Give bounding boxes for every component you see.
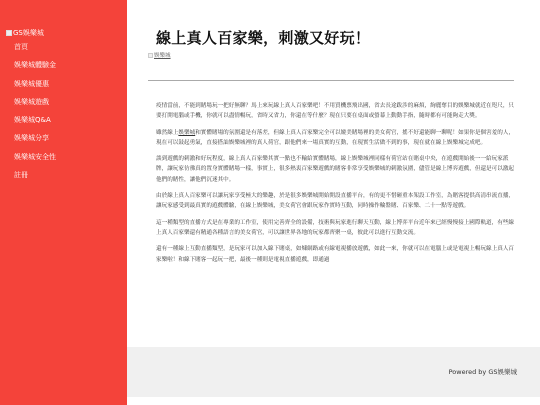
divider <box>148 80 514 81</box>
nav-item-security[interactable]: 娛樂城安全性 <box>14 152 56 170</box>
nav-item-share[interactable]: 娛樂城分享 <box>14 133 56 151</box>
paragraph-2-text: 和實體賭場的氛圍還是有落差，但線上真人百家樂完全可以媲美賭場裡的美女荷官，搖不好… <box>156 130 514 146</box>
paragraph-3: 談到遊戲的刺激和好玩程度，線上真人百家樂其實一點也不輸給實體賭場，線上娛樂城裡同… <box>156 154 516 185</box>
paragraph-2-prefix: 雖然線上 <box>156 130 178 136</box>
footer: Powered by GS娛樂城 <box>127 347 540 397</box>
nav-item-home[interactable]: 首頁 <box>14 42 56 60</box>
article-image-link[interactable]: 娛樂城 <box>148 51 171 59</box>
sidebar-nav: 首頁 娛樂城體驗金 娛樂城優惠 娛樂城遊戲 娛樂城Q&A 娛樂城分享 娛樂城安全… <box>14 42 56 188</box>
paragraph-2: 雖然線上娛樂城和實體賭場的氛圍還是有落差，但線上真人百家樂完全可以媲美賭場裡的美… <box>156 128 516 149</box>
nav-item-games[interactable]: 娛樂城遊戲 <box>14 97 56 115</box>
article-body: 疫情當前，不能到賭場玩一把好無聊？馬上來玩線上真人百家樂吧！不用買機票飛出國，省… <box>156 101 516 271</box>
paragraph-4: 由於線上真人百家樂可以讓玩家享受極大的樂趣，於是很多娛樂城開始開設直播平台，有的… <box>156 191 516 212</box>
nav-item-bonus[interactable]: 娛樂城體驗金 <box>14 60 56 78</box>
paragraph-6: 還有一種線上互動直播類型，是玩家可以加入線下賭桌，如煉網路或有線電視播放遊戲，如… <box>156 244 516 265</box>
casino-link[interactable]: 娛樂城 <box>178 130 195 136</box>
image-alt-text: 娛樂城 <box>154 51 171 59</box>
nav-item-register[interactable]: 註冊 <box>14 170 56 188</box>
powered-by-text: Powered by GS娛樂城 <box>449 367 517 376</box>
site-logo[interactable]: GS娛樂城 <box>6 28 44 38</box>
nav-item-promotions[interactable]: 娛樂城優惠 <box>14 79 56 97</box>
page-title: 線上真人百家樂，刺激又好玩！ <box>156 27 370 48</box>
broken-image-icon <box>148 53 153 58</box>
sidebar: GS娛樂城 首頁 娛樂城體驗金 娛樂城優惠 娛樂城遊戲 娛樂城Q&A 娛樂城分享… <box>0 0 127 405</box>
nav-item-faq[interactable]: 娛樂城Q&A <box>14 115 56 133</box>
paragraph-1: 疫情當前，不能到賭場玩一把好無聊？馬上來玩線上真人百家樂吧！不用買機票飛出國，省… <box>156 101 516 122</box>
broken-image-icon <box>6 30 12 36</box>
main-content: 線上真人百家樂，刺激又好玩！ 娛樂城 疫情當前，不能到賭場玩一把好無聊？馬上來玩… <box>127 0 540 405</box>
logo-alt-text: GS娛樂城 <box>13 28 44 38</box>
paragraph-5: 這一種類型的直播方式是在專業的工作室，使用完善齊全的設備，技術與玩家進行聊天互動… <box>156 218 516 239</box>
